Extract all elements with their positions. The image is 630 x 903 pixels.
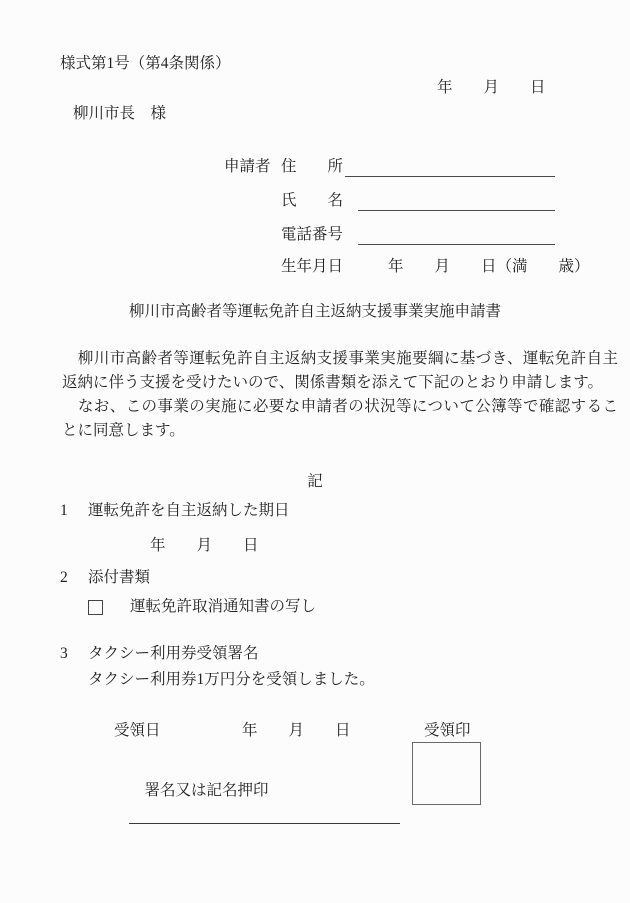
body-text: 柳川市高齢者等運転免許自主返納支援事業実施要綱に基づき、運転免許自主返納に伴う支…: [62, 347, 618, 443]
signature-label: 署名又は記名押印: [145, 782, 269, 799]
phone-field-line: [358, 226, 555, 245]
body-paragraph-1: 柳川市高齢者等運転免許自主返納支援事業実施要綱に基づき、運転免許自主返納に伴う支…: [62, 347, 618, 395]
item1-number: 1: [60, 501, 68, 521]
form-number-label: 様式第1号（第4条関係）: [60, 54, 231, 74]
address-field-line: [345, 158, 555, 177]
phone-label: 電話番号: [281, 225, 343, 245]
seal-box: [412, 742, 481, 805]
item2-checkbox-label: 運転免許取消通知書の写し: [130, 597, 316, 617]
birthdate-label: 生年月日: [281, 257, 343, 277]
header-date-fields: 年 月 日: [437, 78, 546, 98]
addressee-label: 柳川市長 様: [73, 104, 166, 124]
item2-number: 2: [60, 568, 68, 588]
applicant-label: 申請者: [224, 157, 271, 177]
body-paragraph-2: なお、この事業の実施に必要な申請者の状況等について公簿等で確認することに同意しま…: [62, 395, 618, 443]
document-page: 様式第1号（第4条関係） 年 月 日 柳川市長 様 申請者 住 所 氏 名 電話…: [0, 0, 630, 903]
item2-label: 添付書類: [88, 568, 150, 588]
item3-statement: タクシー利用券1万円分を受領しました。: [88, 670, 375, 690]
name-label: 氏 名: [281, 191, 343, 211]
receipt-seal-label: 受領印: [424, 721, 471, 741]
checkbox-icon: [88, 600, 103, 615]
item3-label: タクシー利用券受領署名: [88, 644, 259, 664]
name-field-line: [358, 192, 555, 211]
address-label: 住 所: [281, 157, 343, 177]
signature-field-line: 署名又は記名押印: [129, 761, 400, 824]
item1-date-fields: 年 月 日: [150, 536, 259, 556]
item1-label: 運転免許を自主返納した期日: [88, 501, 290, 521]
item3-number: 3: [60, 644, 68, 664]
ki-heading: 記: [0, 472, 630, 492]
document-title: 柳川市高齢者等運転免許自主返納支援事業実施申請書: [0, 302, 630, 322]
receipt-date-fields: 年 月 日: [242, 721, 351, 741]
receipt-date-label: 受領日: [114, 721, 161, 741]
birthdate-fields: 年 月 日（満 歳）: [388, 257, 590, 277]
